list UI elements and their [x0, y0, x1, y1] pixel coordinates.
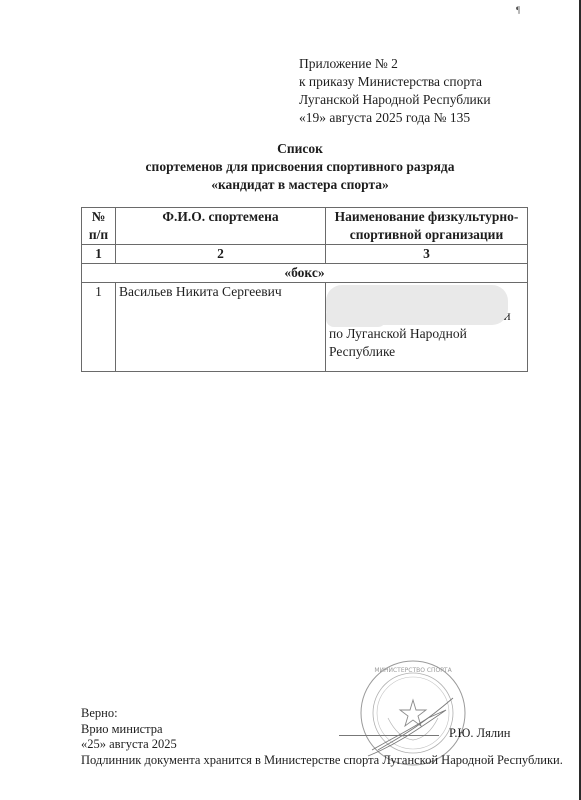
footer-verno: Верно:	[81, 706, 563, 722]
header-organization: Наименование физкультурно- спортивной ор…	[326, 208, 528, 245]
header-number: № п/п	[82, 208, 116, 245]
table-header-row: № п/п Ф.И.О. спортемена Наименование физ…	[82, 208, 528, 245]
svg-text:МИНИСТЕРСТВО СПОРТА: МИНИСТЕРСТВО СПОРТА	[374, 667, 452, 674]
index-cell: 3	[326, 245, 528, 264]
index-cell: 1	[82, 245, 116, 264]
table-index-row: 1 2 3	[82, 245, 528, 264]
appendix-line: Приложение № 2	[299, 55, 491, 73]
sport-section-row: «бокс»	[82, 264, 528, 283]
header-org-line: Наименование физкультурно-	[329, 208, 524, 226]
title-line: Список	[0, 140, 581, 158]
row-number: 1	[82, 283, 116, 372]
organization-cell: Российской Федерации по Луганской Народн…	[326, 283, 528, 372]
appendix-line: Луганской Народной Республики	[299, 91, 491, 109]
index-cell: 2	[116, 245, 326, 264]
appendix-line: «19» августа 2025 года № 135	[299, 109, 491, 127]
title-line: спортеменов для присвоения спортивного р…	[0, 158, 581, 176]
athletes-table: № п/п Ф.И.О. спортемена Наименование физ…	[81, 207, 528, 372]
document-footer: Верно: Врио министра «25» августа 2025 П…	[81, 706, 563, 768]
title-line: «кандидат в мастера спорта»	[0, 176, 581, 194]
sport-section-label: «бокс»	[82, 264, 528, 283]
header-number-label: п/п	[85, 226, 112, 244]
footer-date: «25» августа 2025	[81, 737, 563, 753]
organization-line: Республике	[329, 343, 524, 361]
footer-note: Подлинник документа хранится в Министерс…	[81, 753, 563, 769]
scan-mark: ¶	[516, 5, 520, 15]
header-org-line: спортивной организации	[329, 226, 524, 244]
footer-position: Врио министра	[81, 722, 563, 738]
header-name: Ф.И.О. спортемена	[116, 208, 326, 245]
organization-line: по Луганской Народной	[329, 325, 524, 343]
appendix-line: к приказу Министерства спорта	[299, 73, 491, 91]
appendix-header: Приложение № 2 к приказу Министерства сп…	[299, 55, 491, 127]
table-row: 1 Васильев Никита Сергеевич Российской Ф…	[82, 283, 528, 372]
redaction-mark	[326, 307, 386, 327]
document-title: Список спортеменов для присвоения спорти…	[0, 140, 581, 194]
athlete-name: Васильев Никита Сергеевич	[116, 283, 326, 372]
header-number-symbol: №	[85, 208, 112, 226]
